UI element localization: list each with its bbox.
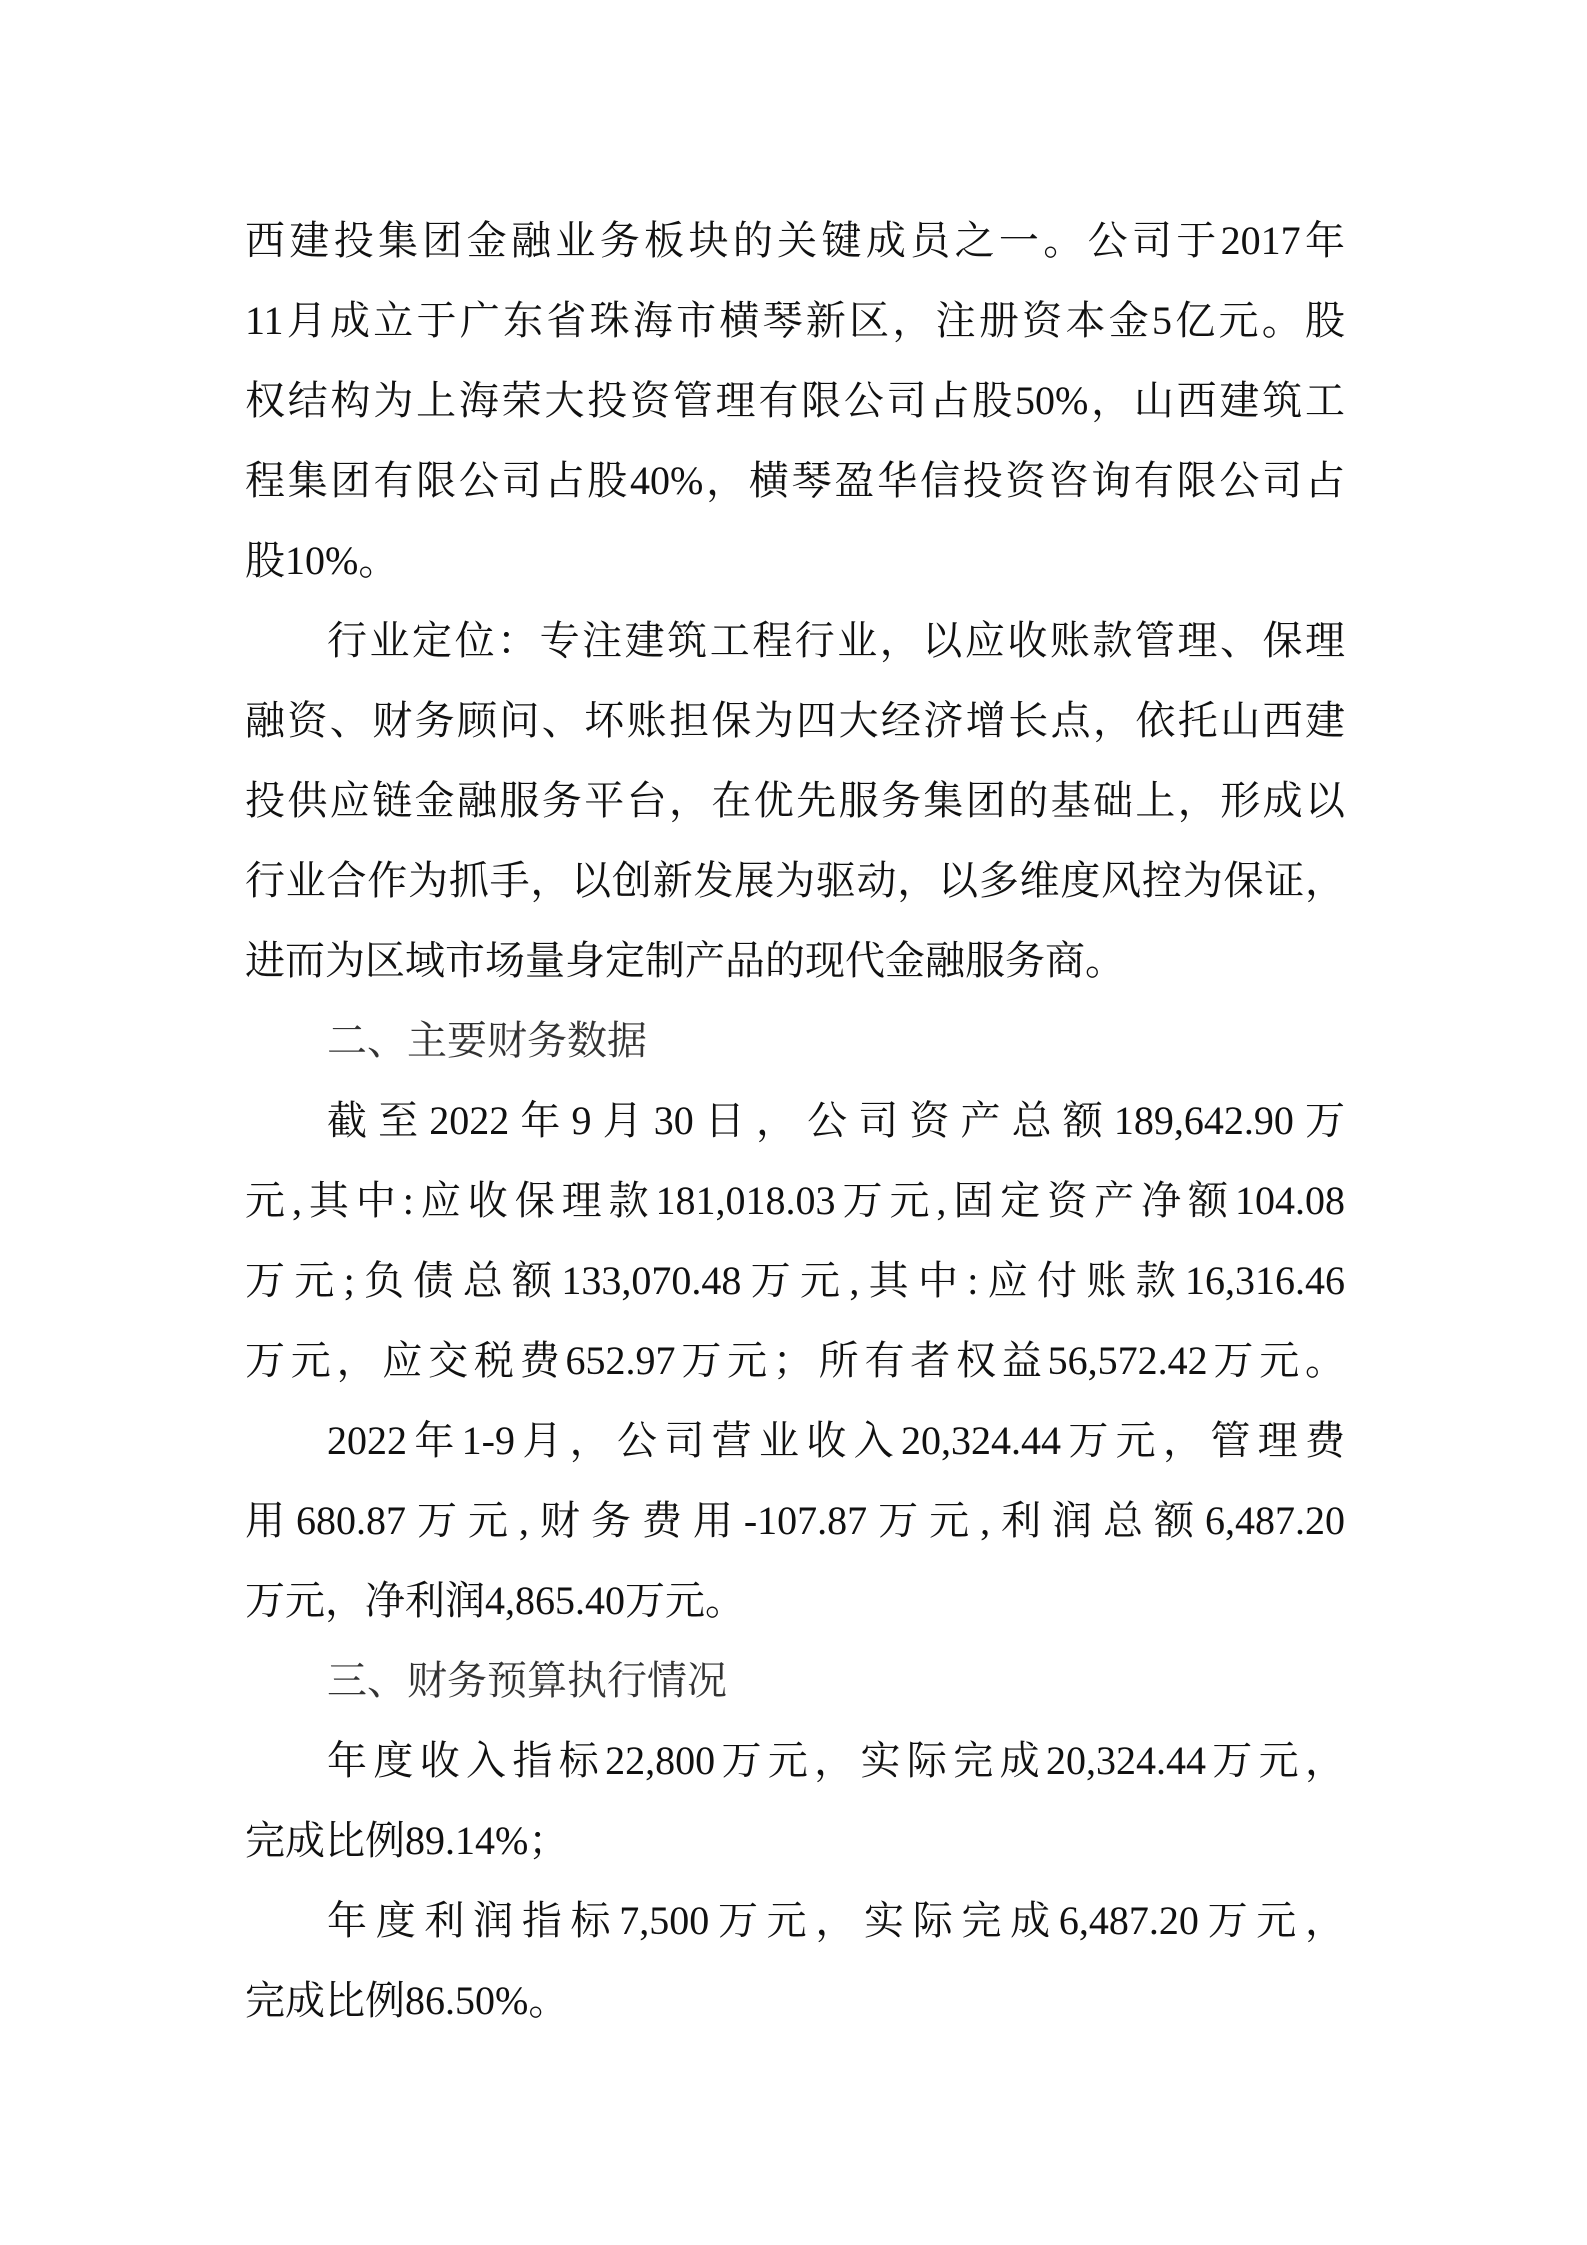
paragraph-income-statement: 2022年1-9月，公司营业收入20,324.44万元，管理费 用680.87万… [245, 1401, 1345, 1641]
paragraph-company-profile: 西建投集团金融业务板块的关键成员之一。公司于2017年 11月成立于广东省珠海市… [245, 201, 1345, 601]
text-line: 进而为区域市场量身定制产品的现代金融服务商。 [245, 921, 1345, 1001]
text-line: 行业定位：专注建筑工程行业，以应收账款管理、保理 [245, 601, 1345, 681]
text-line: 西建投集团金融业务板块的关键成员之一。公司于2017年 [245, 201, 1345, 281]
text-line: 万元，净利润4,865.40万元。 [245, 1561, 1345, 1641]
text-line: 行业合作为抓手，以创新发展为驱动，以多维度风控为保证， [245, 841, 1345, 921]
paragraph-industry-positioning: 行业定位：专注建筑工程行业，以应收账款管理、保理 融资、财务顾问、坏账担保为四大… [245, 601, 1345, 1001]
paragraph-revenue-target: 年度收入指标22,800万元，实际完成20,324.44万元， 完成比例89.1… [245, 1721, 1345, 1881]
section-heading-financial-data: 二、主要财务数据 [245, 1001, 1345, 1081]
text-line: 用680.87万元,财务费用-107.87万元,利润总额6,487.20 [245, 1481, 1345, 1561]
text-line: 元,其中:应收保理款181,018.03万元,固定资产净额104.08 [245, 1161, 1345, 1241]
text-line: 2022年1-9月，公司营业收入20,324.44万元，管理费 [245, 1401, 1345, 1481]
text-line: 年度收入指标22,800万元，实际完成20,324.44万元， [245, 1721, 1345, 1801]
text-line: 完成比例89.14%； [245, 1801, 1345, 1881]
section-heading-budget-execution: 三、财务预算执行情况 [245, 1641, 1345, 1721]
document-page: 西建投集团金融业务板块的关键成员之一。公司于2017年 11月成立于广东省珠海市… [245, 201, 1345, 2041]
text-line: 投供应链金融服务平台，在优先服务集团的基础上，形成以 [245, 761, 1345, 841]
text-line: 权结构为上海荣大投资管理有限公司占股50%，山西建筑工 [245, 361, 1345, 441]
text-line: 年度利润指标7,500万元，实际完成6,487.20万元， [245, 1881, 1345, 1961]
text-line: 完成比例86.50%。 [245, 1961, 1345, 2041]
text-line: 程集团有限公司占股40%，横琴盈华信投资咨询有限公司占 [245, 441, 1345, 521]
text-line: 万元，应交税费652.97万元；所有者权益56,572.42万元。 [245, 1321, 1345, 1401]
paragraph-balance-sheet: 截至2022年9月30日，公司资产总额189,642.90万 元,其中:应收保理… [245, 1081, 1345, 1401]
text-line: 万元;负债总额133,070.48万元,其中:应付账款16,316.46 [245, 1241, 1345, 1321]
paragraph-profit-target: 年度利润指标7,500万元，实际完成6,487.20万元， 完成比例86.50%… [245, 1881, 1345, 2041]
text-line: 11月成立于广东省珠海市横琴新区，注册资本金5亿元。股 [245, 281, 1345, 361]
text-line: 融资、财务顾问、坏账担保为四大经济增长点，依托山西建 [245, 681, 1345, 761]
text-line: 股10%。 [245, 521, 1345, 601]
text-line: 截至2022年9月30日，公司资产总额189,642.90万 [245, 1081, 1345, 1161]
